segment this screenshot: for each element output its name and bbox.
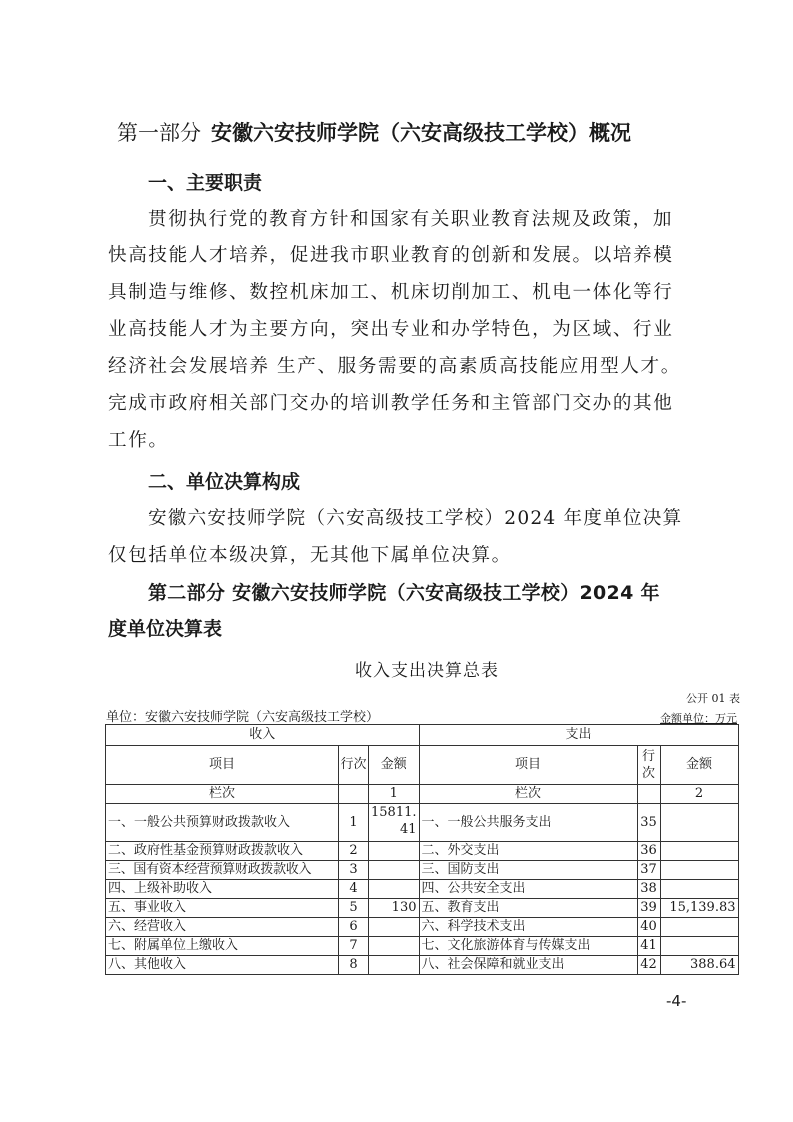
income-amount [369, 880, 420, 899]
expense-col-item: 项目 [419, 746, 637, 785]
part1-lead: 第一部分 [117, 121, 201, 145]
income-item: 一、一般公共预算财政拨款收入 [106, 804, 339, 842]
income-header: 收入 [106, 725, 420, 746]
income-row-no: 1 [339, 804, 369, 842]
expense-row-no: 36 [637, 842, 660, 861]
income-row-no: 4 [339, 880, 369, 899]
para-line: 具制造与维修、数控机床加工、机床切削加工、机电一体化等行 [108, 278, 673, 304]
table-row: 一、一般公共预算财政拨款收入 1 15811. 41 一、一般公共服务支出 35 [106, 804, 739, 842]
expense-row-no: 38 [637, 880, 660, 899]
expense-row-no: 35 [637, 804, 660, 842]
income-row-no: 7 [339, 937, 369, 956]
income-item: 八、其他收入 [106, 956, 339, 975]
income-col-no: 1 [369, 785, 420, 804]
expense-item: 七、文化旅游体育与传媒支出 [419, 937, 637, 956]
expense-row-no: 42 [637, 956, 660, 975]
income-item: 四、上级补助收入 [106, 880, 339, 899]
unit-label: 单位：安徽六安技师学院（六安高级技工学校） [106, 706, 379, 725]
part2-title-line2: 度单位决算表 [108, 614, 222, 641]
table-row: 三、国有资本经营预算财政拨款收入 3 三、国防支出 37 [106, 861, 739, 880]
income-amount [369, 842, 420, 861]
section1-heading: 一、主要职责 [148, 168, 262, 195]
expense-item: 五、教育支出 [419, 899, 637, 918]
para-line: 经济社会发展培养 生产、服务需要的高素质高技能应用型人才。 [108, 352, 681, 378]
para-line: 快高技能人才培养，促进我市职业教育的创新和发展。以培养模 [108, 241, 673, 267]
expense-amount: 388.64 [660, 956, 738, 975]
expense-amount [660, 918, 738, 937]
page-number: -4- [666, 992, 686, 1010]
para-line: 业高技能人才为主要方向，突出专业和办学特色，为区域、行业 [108, 315, 673, 341]
income-amount [369, 937, 420, 956]
expense-row-no: 37 [637, 861, 660, 880]
expense-item: 六、科学技术支出 [419, 918, 637, 937]
empty-cell [339, 785, 369, 804]
expense-amount [660, 937, 738, 956]
para-line: 工作。 [108, 426, 169, 452]
para-line: 安徽六安技师学院（六安高级技工学校）2024 年度单位决算 [148, 504, 682, 530]
expense-col-row: 行 次 [637, 746, 660, 785]
expense-item: 四、公共安全支出 [419, 880, 637, 899]
income-item: 七、附属单位上缴收入 [106, 937, 339, 956]
income-amount [369, 861, 420, 880]
income-row-no: 6 [339, 918, 369, 937]
income-col-amount: 金额 [369, 746, 420, 785]
table-caption: 收入支出决算总表 [355, 656, 499, 681]
income-row-no: 3 [339, 861, 369, 880]
part1-title: 第一部分安徽六安技师学院（六安高级技工学校）概况 [117, 117, 631, 147]
table-row: 二、政府性基金预算财政拨款收入 2 二、外交支出 36 [106, 842, 739, 861]
table-row: 六、经营收入 6 六、科学技术支出 40 [106, 918, 739, 937]
income-col-item: 项目 [106, 746, 339, 785]
para-line: 仅包括单位本级决算，无其他下属单位决算。 [108, 541, 512, 567]
table-row: 五、事业收入 5 130 五、教育支出 39 15,139.83 [106, 899, 739, 918]
income-amount [369, 918, 420, 937]
expense-row-no: 40 [637, 918, 660, 937]
expense-item: 八、社会保障和就业支出 [419, 956, 637, 975]
income-row-no: 8 [339, 956, 369, 975]
lanci-label: 栏次 [419, 785, 637, 804]
part1-heading: 安徽六安技师学院（六安高级技工学校）概况 [211, 121, 631, 145]
expense-col-amount: 金额 [660, 746, 738, 785]
expense-row-no: 39 [637, 899, 660, 918]
table-row: 四、上级补助收入 4 四、公共安全支出 38 [106, 880, 739, 899]
para-line: 贯彻执行党的教育方针和国家有关职业教育法规及政策，加 [148, 205, 673, 231]
expense-row-no: 41 [637, 937, 660, 956]
part2-title-line1: 第二部分 安徽六安技师学院（六安高级技工学校）2024 年 [148, 578, 660, 605]
expense-item: 一、一般公共服务支出 [419, 804, 637, 842]
expense-amount: 15,139.83 [660, 899, 738, 918]
table-row: 七、附属单位上缴收入 7 七、文化旅游体育与传媒支出 41 [106, 937, 739, 956]
income-item: 三、国有资本经营预算财政拨款收入 [106, 861, 339, 880]
income-col-row: 行次 [339, 746, 369, 785]
income-row-no: 5 [339, 899, 369, 918]
lanci-label: 栏次 [106, 785, 339, 804]
expense-amount [660, 842, 738, 861]
expense-amount [660, 880, 738, 899]
income-item: 五、事业收入 [106, 899, 339, 918]
section2-heading: 二、单位决算构成 [148, 467, 300, 494]
income-expense-table: 收入 支出 项目 行次 金额 项目 行 次 金额 栏次 1 栏次 2 一、一般公… [105, 724, 739, 975]
expense-header: 支出 [419, 725, 738, 746]
expense-item: 二、外交支出 [419, 842, 637, 861]
table-code: 公开 01 表 [686, 690, 740, 706]
income-amount: 15811. 41 [369, 804, 420, 842]
income-item: 六、经营收入 [106, 918, 339, 937]
income-item: 二、政府性基金预算财政拨款收入 [106, 842, 339, 861]
expense-amount [660, 861, 738, 880]
table-row: 八、其他收入 8 八、社会保障和就业支出 42 388.64 [106, 956, 739, 975]
para-line: 完成市政府相关部门交办的培训教学任务和主管部门交办的其他 [108, 389, 673, 415]
empty-cell [637, 785, 660, 804]
income-amount [369, 956, 420, 975]
expense-col-no: 2 [660, 785, 738, 804]
expense-item: 三、国防支出 [419, 861, 637, 880]
income-row-no: 2 [339, 842, 369, 861]
income-amount: 130 [369, 899, 420, 918]
expense-amount [660, 804, 738, 842]
